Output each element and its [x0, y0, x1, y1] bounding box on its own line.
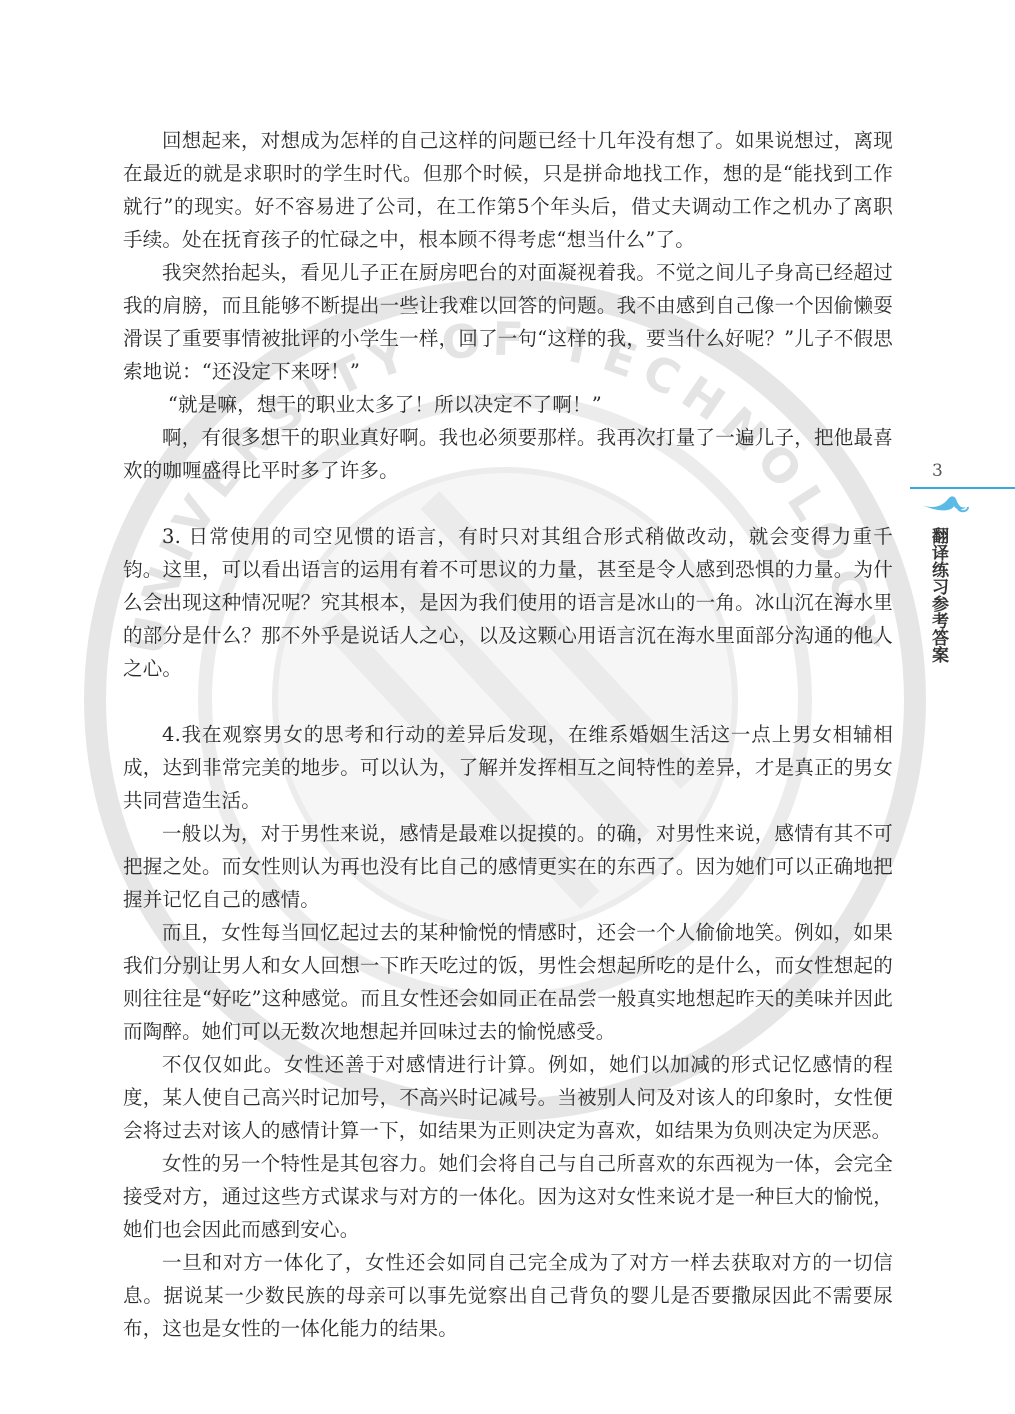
paragraph: 一般以为，对于男性来说，感情是最难以捉摸的。的确，对男性来说，感情有其不可把握之…	[123, 817, 893, 916]
paragraph: 不仅仅如此。女性还善于对感情进行计算。例如，她们以加减的形式记忆感情的程度，某人…	[123, 1048, 893, 1147]
page-number: 3	[932, 461, 943, 481]
document-body: 回想起来，对想成为怎样的自己这样的问题已经十几年没有想了。如果说想过，离现在最近…	[123, 124, 893, 1345]
accent-rule	[910, 487, 1015, 489]
paragraph-quote: “就是嘛，想干的职业太多了！所以决定不了啊！”	[123, 388, 893, 421]
paragraph: 回想起来，对想成为怎样的自己这样的问题已经十几年没有想了。如果说想过，离现在最近…	[123, 124, 893, 256]
chapter-title-vertical: 翻译练习参考答案	[926, 527, 948, 663]
section-item-4: 4.我在观察男女的思考和行动的差异后发现，在维系婚姻生活这一点上男女相辅相成，达…	[123, 718, 893, 1345]
paragraph: 啊，有很多想干的职业真好啊。我也必须要那样。我再次打量了一遍儿子，把他最喜欢的咖…	[123, 421, 893, 487]
paragraph: 我突然抬起头，看见儿子正在厨房吧台的对面凝视着我。不觉之间儿子身高已经超过我的肩…	[123, 256, 893, 388]
section-item-3: 3. 日常使用的司空见惯的语言，有时只对其组合形式稍做改动，就会变得力重千钧。这…	[123, 520, 893, 685]
section-spacer	[123, 685, 893, 718]
paragraph: 一旦和对方一体化了，女性还会如同自己完全成为了对方一样去获取对方的一切信息。据说…	[123, 1246, 893, 1345]
paragraph: 女性的另一个特性是其包容力。她们会将自己与自己所喜欢的东西视为一体，会完全接受对…	[123, 1147, 893, 1246]
paragraph: 而且，女性每当回忆起过去的某种愉悦的情感时，还会一个人偷偷地笑。例如，如果我们分…	[123, 916, 893, 1048]
wave-icon	[920, 493, 970, 515]
paragraph: 3. 日常使用的司空见惯的语言，有时只对其组合形式稍做改动，就会变得力重千钧。这…	[123, 520, 893, 685]
section-continued: 回想起来，对想成为怎样的自己这样的问题已经十几年没有想了。如果说想过，离现在最近…	[123, 124, 893, 487]
chapter-side-tab: 3 翻译练习参考答案	[910, 455, 1015, 685]
paragraph: 4.我在观察男女的思考和行动的差异后发现，在维系婚姻生活这一点上男女相辅相成，达…	[123, 718, 893, 817]
section-spacer	[123, 487, 893, 520]
